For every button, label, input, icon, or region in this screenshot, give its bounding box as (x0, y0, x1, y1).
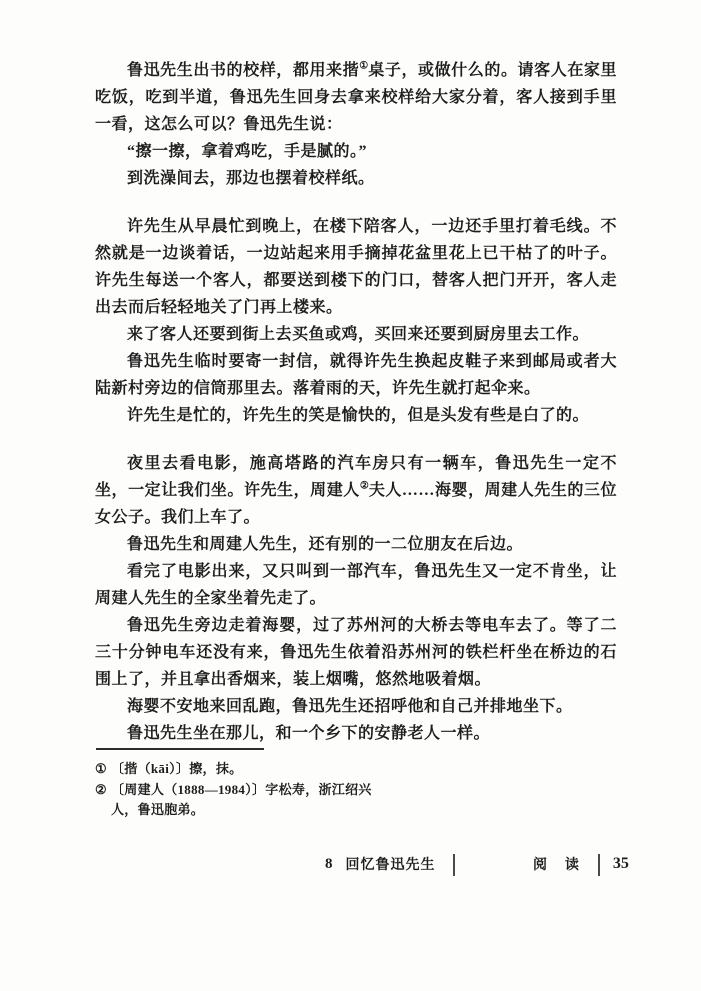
paragraph: 鲁迅先生临时要寄一封信，就得许先生换起皮鞋子来到邮局或者大陆新村旁边的信筒那里去… (95, 348, 617, 402)
paragraph: 鲁迅先生旁边走着海婴，过了苏州河的大桥去等电车去了。等了二三十分钟电车还没有来，… (95, 612, 617, 693)
paragraph: 鲁迅先生坐在那儿，和一个乡下的安静老人一样。 (95, 720, 617, 747)
footer-divider-bar-right (598, 854, 600, 876)
footer-lesson-group: 8 回忆鲁迅先生 (325, 852, 455, 876)
footnote-text-wrap: 人，鲁迅胞弟。 (95, 800, 415, 820)
lesson-title: 回忆鲁迅先生 (346, 854, 436, 874)
paragraph: 许先生从早晨忙到晚上，在楼下陪客人，一边还手里打着毛线。不然就是一边谈着话，一边… (95, 213, 617, 321)
footnote-divider (96, 748, 264, 750)
section: 鲁迅先生出书的校样，都用来揩①桌子，或做什么的。请客人在家里吃饭，吃到半道，鲁迅… (95, 57, 617, 192)
paragraph: 许先生是忙的，许先生的笑是愉快的，但是头发有些是白了的。 (95, 402, 617, 429)
lesson-number: 8 (325, 856, 333, 873)
paragraph: 夜里去看电影，施高塔路的汽车房只有一辆车，鲁迅先生一定不坐，一定让我们坐。许先生… (95, 450, 617, 531)
paragraph: 海婴不安地来回乱跑，鲁迅先生还招呼他和自己并排地坐下。 (95, 693, 617, 720)
footnote-line: ①〔揩（kāi）〕擦，抹。 (95, 759, 415, 779)
paragraph: 看完了电影出来，又只叫到一部汽车，鲁迅先生又一定不肯坐，让周建人先生的全家坐着先… (95, 558, 617, 612)
footnote-line: ②〔周建人（1888—1984）〕字松寿，浙江绍兴 (95, 780, 415, 800)
section: 夜里去看电影，施高塔路的汽车房只有一辆车，鲁迅先生一定不坐，一定让我们坐。许先生… (95, 450, 617, 747)
unit-label: 阅 读 (533, 854, 586, 874)
page-footer: 8 回忆鲁迅先生 阅 读 35 (0, 849, 701, 875)
paragraph: 鲁迅先生出书的校样，都用来揩①桌子，或做什么的。请客人在家里吃饭，吃到半道，鲁迅… (95, 57, 617, 138)
page-number: 35 (613, 855, 629, 873)
footnote-text: 〔揩（kāi）〕擦，抹。 (111, 761, 242, 776)
paragraph: 来了客人还要到街上去买鱼或鸡，买回来还要到厨房里去工作。 (95, 321, 617, 348)
footnote-marker: ① (95, 759, 111, 779)
footnote-item-2: ②〔周建人（1888—1984）〕字松寿，浙江绍兴 人，鲁迅胞弟。 (95, 780, 415, 820)
footnote-ref: ① (359, 61, 368, 72)
footer-divider-bar-left (453, 854, 455, 876)
footnote-marker: ② (95, 780, 111, 800)
footnote-ref: ② (360, 481, 369, 492)
footer-unit-group: 阅 读 35 (533, 852, 629, 876)
paragraph: 到洗澡间去，那边也摆着校样纸。 (95, 165, 617, 192)
footnotes: ①〔揩（kāi）〕擦，抹。 ②〔周建人（1888—1984）〕字松寿，浙江绍兴 … (95, 759, 415, 821)
section: 许先生从早晨忙到晚上，在楼下陪客人，一边还手里打着毛线。不然就是一边谈着话，一边… (95, 213, 617, 429)
footnote-item-1: ①〔揩（kāi）〕擦，抹。 (95, 759, 415, 779)
paragraph: 鲁迅先生和周建人先生，还有别的一二位朋友在后边。 (95, 531, 617, 558)
paragraph: “擦一擦，拿着鸡吃，手是腻的。” (95, 138, 617, 165)
textbook-page: 鲁迅先生出书的校样，都用来揩①桌子，或做什么的。请客人在家里吃饭，吃到半道，鲁迅… (0, 0, 701, 991)
article: 鲁迅先生出书的校样，都用来揩①桌子，或做什么的。请客人在家里吃饭，吃到半道，鲁迅… (95, 57, 617, 747)
footnote-text: 〔周建人（1888—1984）〕字松寿，浙江绍兴 (111, 782, 372, 797)
